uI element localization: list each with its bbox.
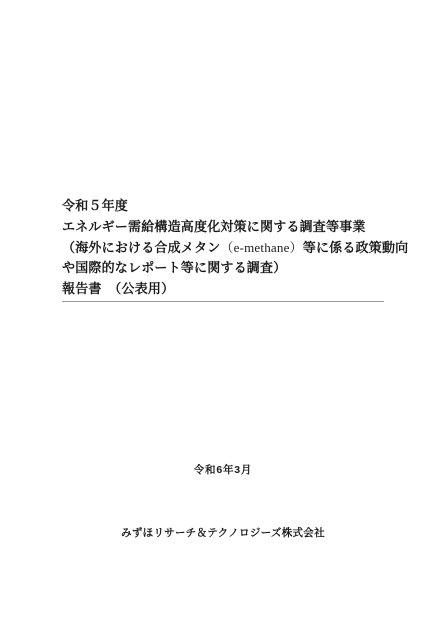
title-underline-rule	[62, 301, 384, 302]
subtitle-latin-e-methane: （e-methane）	[220, 240, 302, 255]
subtitle-ja-pre: （海外における合成メタン	[62, 240, 220, 255]
subtitle-ja-post: 等に係る政策動向	[303, 240, 409, 255]
report-cover-page: 令和５年度 エネルギー需給構造高度化対策に関する調査等事業 （海外における合成メ…	[0, 0, 446, 630]
report-title-block: 令和５年度 エネルギー需給構造高度化対策に関する調査等事業 （海外における合成メ…	[62, 196, 442, 300]
publisher-name: みずほリサーチ＆テクノロジーズ株式会社	[0, 525, 446, 540]
title-line-report-label: 報告書 （公表用）	[62, 279, 442, 300]
publication-date: 令和6年3月	[0, 462, 446, 477]
title-line-subtitle-2: や国際的なレポート等に関する調査）	[62, 258, 442, 279]
title-line-program-name: エネルギー需給構造高度化対策に関する調査等事業	[62, 217, 442, 238]
title-line-subtitle-1: （海外における合成メタン（e-methane）等に係る政策動向	[62, 238, 442, 259]
title-line-fiscal-year: 令和５年度	[62, 196, 442, 217]
